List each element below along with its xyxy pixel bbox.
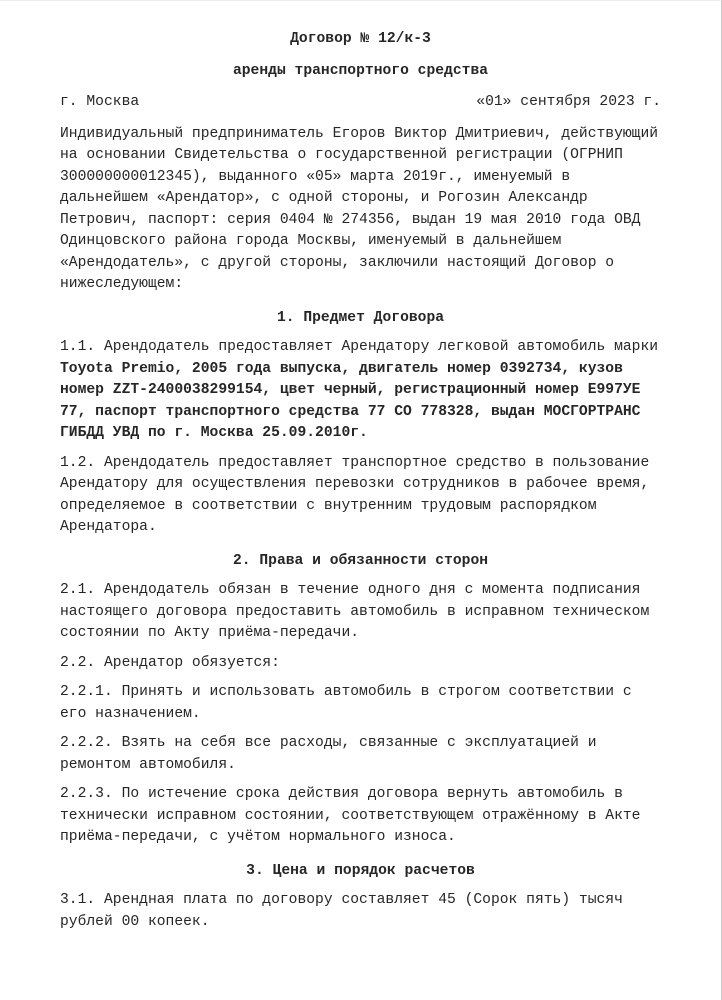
preamble-paragraph: Индивидуальный предприниматель Егоров Ви… [60,124,661,296]
document-title-subject: аренды транспортного средства [60,61,661,83]
place-date-row: г. Москва «01» сентября 2023 г. [60,92,661,114]
clause-2-2: 2.2. Арендатор обязуется: [60,653,661,675]
clause-1-2-text: 1.2. Арендодатель предоставляет транспор… [60,455,649,536]
clause-2-2-text: 2.2. Арендатор обязуется: [60,655,280,671]
document-date: «01» сентября 2023 г. [476,92,661,114]
clause-2-2-1: 2.2.1. Принять и использовать автомобиль… [60,682,661,725]
document-title-number: Договор № 12/к-3 [60,29,661,51]
section-3-heading: 3. Цена и порядок расчетов [60,861,661,883]
clause-2-1: 2.1. Арендодатель обязан в течение одног… [60,580,661,645]
document-place: г. Москва [60,92,139,114]
section-1-heading: 1. Предмет Договора [60,308,661,330]
clause-1-1-vehicle-details: Toyota Premio, 2005 года выпуска, двигат… [60,361,640,442]
clause-1-2: 1.2. Арендодатель предоставляет транспор… [60,453,661,539]
clause-3-1-text: 3.1. Арендная плата по договору составля… [60,892,623,930]
clause-2-1-text: 2.1. Арендодатель обязан в течение одног… [60,582,649,641]
clause-2-2-2: 2.2.2. Взять на себя все расходы, связан… [60,733,661,776]
clause-2-2-2-text: 2.2.2. Взять на себя все расходы, связан… [60,735,597,773]
clause-3-1: 3.1. Арендная плата по договору составля… [60,890,661,933]
clause-1-1-text: 1.1. Арендодатель предоставляет Арендато… [60,339,658,355]
section-2-heading: 2. Права и обязанности сторон [60,551,661,573]
preamble-text: Индивидуальный предприниматель Егоров Ви… [60,126,658,293]
clause-2-2-1-text: 2.2.1. Принять и использовать автомобиль… [60,684,632,722]
clause-1-1: 1.1. Арендодатель предоставляет Арендато… [60,337,661,445]
contract-document-page: Договор № 12/к-3 аренды транспортного ср… [0,0,722,1000]
clause-2-2-3-text: 2.2.3. По истечение срока действия догов… [60,786,640,845]
clause-2-2-3: 2.2.3. По истечение срока действия догов… [60,784,661,849]
